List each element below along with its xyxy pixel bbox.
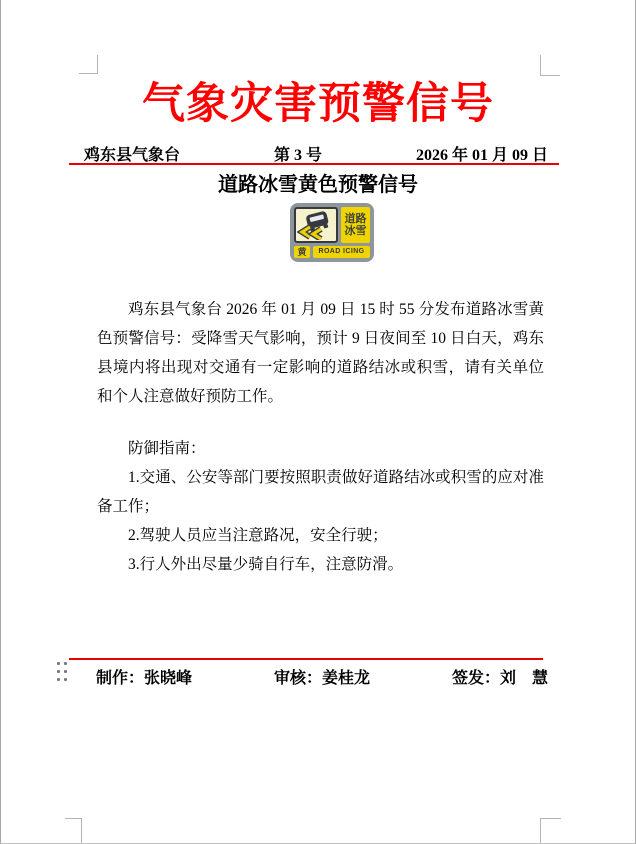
text-boundary-mark-bottom-left (65, 818, 82, 843)
masthead-red-rule (69, 163, 559, 165)
warning-icon-cn-label: 道路 冰雪 (341, 207, 370, 243)
defense-guide-item-3: 3.行人外出尽量少骑自行车，注意防滑。 (97, 550, 544, 579)
warning-subtitle: 道路冰雪黄色预警信号 (1, 173, 635, 197)
defense-guide-item-1: 1.交通、公安等部门要按照职责做好道路结冰或积雪的应对准备工作； (97, 463, 544, 521)
defense-guide-heading: 防御指南： (97, 434, 544, 463)
defense-guide-item-2: 2.驾驶人员应当注意路况，安全行驶； (97, 521, 544, 550)
warning-icon-bottom-row: 黄 ROAD ICING (294, 246, 370, 258)
masthead-issue-number: 第 3 号 (274, 147, 322, 164)
signoff-row: 制作：张晓峰 审核：姜桂龙 签发：刘 慧 (96, 668, 548, 690)
text-boundary-mark-top-left (79, 55, 98, 74)
masthead-issue-date: 2026 年 01 月 09 日 (416, 147, 548, 164)
road-icing-yellow-warning-icon: 道路 冰雪 黄 ROAD ICING (290, 203, 374, 262)
defense-guide: 防御指南： 1.交通、公安等部门要按照职责做好道路结冰或积雪的应对准备工作； 2… (97, 434, 544, 579)
signoff-red-rule (69, 658, 543, 660)
text-boundary-mark-bottom-right (540, 818, 561, 843)
signoff-reviewer: 审核：姜桂龙 (274, 668, 370, 690)
text-boundary-mark-top-right (540, 55, 560, 76)
warning-body-paragraph: 鸡东县气象台 2026 年 01 月 09 日 15 时 55 分发布道路冰雪黄… (97, 295, 544, 411)
masthead-issuer: 鸡东县气象台 (84, 147, 180, 164)
drag-handle-dots[interactable] (57, 662, 67, 681)
document-title: 气象灾害预警信号 (1, 80, 635, 128)
masthead-row: 鸡东县气象台 第 3 号 2026 年 01 月 09 日 (84, 147, 548, 164)
warning-level-badge: 黄 (294, 246, 310, 258)
signoff-maker: 制作：张晓峰 (96, 668, 192, 690)
warning-icon-cn-line1: 道路 (345, 213, 367, 225)
signoff-issuer: 签发：刘 慧 (452, 668, 548, 690)
warning-icon-en-label: ROAD ICING (313, 246, 370, 258)
warning-icon-top-row: 道路 冰雪 (294, 207, 370, 243)
warning-icon-cn-line2: 冰雪 (345, 225, 367, 237)
skidding-car-icon (294, 207, 338, 243)
document-page: 气象灾害预警信号 鸡东县气象台 第 3 号 2026 年 01 月 09 日 道… (0, 0, 636, 844)
